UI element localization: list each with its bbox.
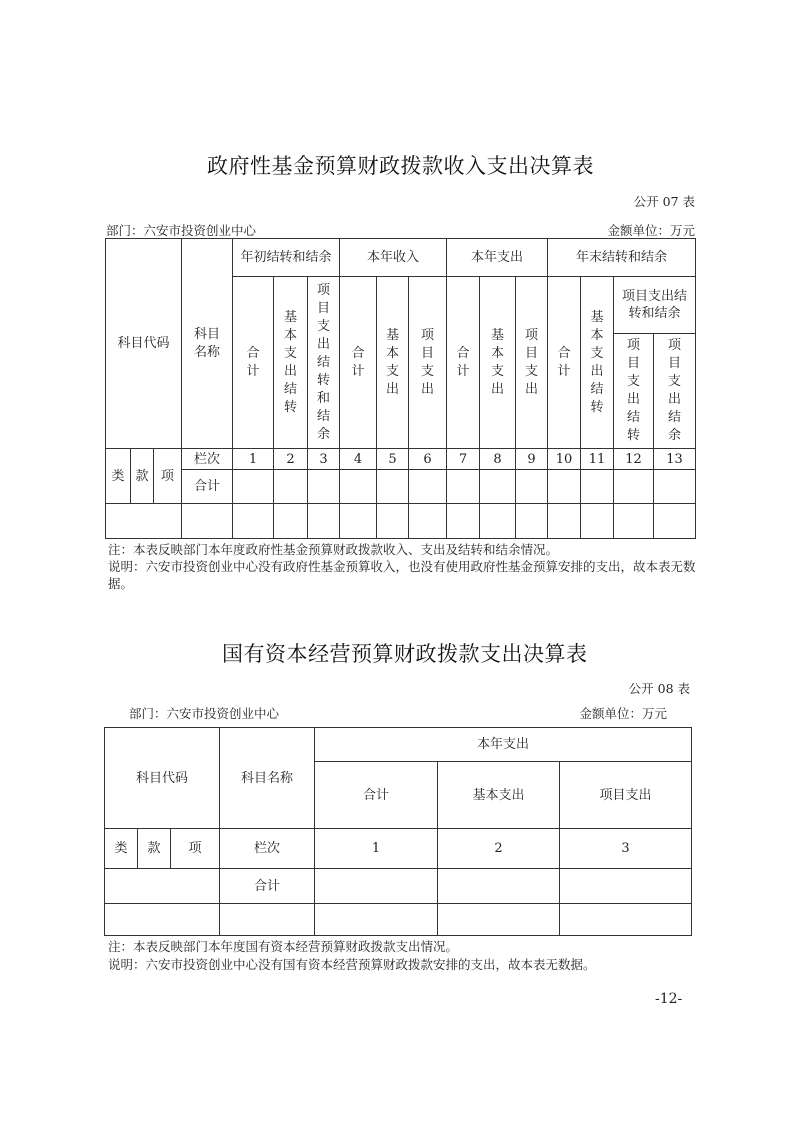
empty-cell (274, 470, 308, 504)
empty-cell (105, 904, 220, 936)
item-header: 项 (154, 449, 182, 504)
table2-header-row-1: 科目代码 科目名称 本年支出 (105, 728, 692, 762)
empty-cell (105, 869, 220, 904)
empty-cell (614, 504, 654, 539)
end-project-balance-header: 项目支出结余 (654, 334, 696, 449)
col-num: 1 (315, 829, 438, 869)
empty-cell (315, 904, 438, 936)
empty-cell (106, 504, 182, 539)
class-header: 类 (106, 449, 131, 504)
col-num: 2 (274, 449, 308, 470)
empty-cell (480, 504, 516, 539)
empty-cell (560, 869, 692, 904)
group-expense-header: 本年支出 (447, 239, 548, 277)
table1-note: 注：本表反映部门本年度政府性基金预算财政拨款收入、支出及结转和结余情况。 (108, 541, 698, 558)
empty-cell (654, 470, 696, 504)
table2-blank-row (105, 904, 692, 936)
table1-number: 公开 07 表 (634, 192, 695, 210)
col-num: 3 (308, 449, 340, 470)
table1-unit: 金额单位：万元 (607, 221, 695, 239)
empty-cell (581, 504, 614, 539)
empty-cell (581, 470, 614, 504)
empty-cell (409, 470, 447, 504)
table2-unit: 金额单位：万元 (579, 704, 667, 722)
table1-blank-row (106, 504, 696, 539)
col-num: 11 (581, 449, 614, 470)
begin-project-carry-balance-header: 项目支出结转和结余 (308, 277, 340, 449)
empty-cell (654, 504, 696, 539)
empty-cell (340, 470, 377, 504)
sum-row-label: 合计 (182, 470, 233, 504)
table2-number: 公开 08 表 (629, 679, 690, 697)
group-expense-header: 本年支出 (315, 728, 692, 762)
col-num: 3 (560, 829, 692, 869)
empty-cell (377, 504, 409, 539)
project-expense-header: 项目支出 (560, 762, 692, 829)
col-num: 12 (614, 449, 654, 470)
empty-cell (447, 470, 480, 504)
col-num: 13 (654, 449, 696, 470)
empty-cell (340, 504, 377, 539)
empty-cell (233, 470, 274, 504)
subject-name-header: 科目名称 (182, 239, 233, 449)
column-index-label: 栏次 (182, 449, 233, 470)
subject-name-header: 科目名称 (220, 728, 315, 829)
begin-basic-carry-header: 基本支出结转 (274, 277, 308, 449)
empty-cell (480, 470, 516, 504)
sum-row-label: 合计 (220, 869, 315, 904)
subject-code-header: 科目代码 (106, 239, 182, 449)
empty-cell (548, 470, 581, 504)
group-income-header: 本年收入 (340, 239, 447, 277)
empty-cell (438, 869, 560, 904)
table1-grid: 科目代码 科目名称 年初结转和结余 本年收入 本年支出 年末结转和结余 合计 基… (105, 238, 696, 539)
col-num: 2 (438, 829, 560, 869)
item-header: 项 (171, 829, 220, 869)
empty-cell (560, 904, 692, 936)
empty-cell (315, 869, 438, 904)
col-num: 9 (516, 449, 548, 470)
table1-column-index-row: 类 款 项 栏次 1 2 3 4 5 6 7 8 9 10 11 12 13 (106, 449, 696, 470)
table2-note: 注：本表反映部门本年度国有资本经营预算财政拨款支出情况。 (108, 938, 698, 955)
expense-basic-header: 基本支出 (480, 277, 516, 449)
basic-expense-header: 基本支出 (438, 762, 560, 829)
empty-cell (548, 504, 581, 539)
col-num: 6 (409, 449, 447, 470)
class-header: 类 (105, 829, 138, 869)
col-num: 4 (340, 449, 377, 470)
expense-total-header: 合计 (447, 277, 480, 449)
table2-sum-row: 合计 (105, 869, 692, 904)
table1-header-row-1: 科目代码 科目名称 年初结转和结余 本年收入 本年支出 年末结转和结余 (106, 239, 696, 277)
empty-cell (516, 504, 548, 539)
end-project-carry-header: 项目支出结转 (614, 334, 654, 449)
total-header: 合计 (315, 762, 438, 829)
table1-department: 部门：六安市投资创业中心 (106, 221, 256, 239)
page-number: -12- (655, 991, 682, 1007)
empty-cell (274, 504, 308, 539)
end-basic-carry-header: 基本支出结转 (581, 277, 614, 449)
empty-cell (308, 470, 340, 504)
empty-cell (233, 504, 274, 539)
section-header: 款 (131, 449, 154, 504)
income-project-header: 项目支出 (409, 277, 447, 449)
col-num: 8 (480, 449, 516, 470)
section-header: 款 (138, 829, 171, 869)
table2-grid: 科目代码 科目名称 本年支出 合计 基本支出 项目支出 类 款 项 栏次 1 2… (104, 727, 692, 936)
col-num: 10 (548, 449, 581, 470)
empty-cell (308, 504, 340, 539)
table2-column-index-row: 类 款 项 栏次 1 2 3 (105, 829, 692, 869)
empty-cell (409, 504, 447, 539)
table1-sum-row: 合计 (106, 470, 696, 504)
empty-cell (377, 470, 409, 504)
table2-title: 国有资本经营预算财政拨款支出决算表 (222, 638, 588, 668)
table1-explanation: 说明：六安市投资创业中心没有政府性基金预算收入，也没有使用政府性基金预算安排的支… (108, 558, 698, 592)
table2-department: 部门：六安市投资创业中心 (129, 704, 279, 722)
table2-explanation: 说明：六安市投资创业中心没有国有资本经营预算财政拨款安排的支出，故本表无数据。 (108, 956, 708, 973)
col-num: 1 (233, 449, 274, 470)
empty-cell (220, 904, 315, 936)
income-basic-header: 基本支出 (377, 277, 409, 449)
begin-total-header: 合计 (233, 277, 274, 449)
col-num: 5 (377, 449, 409, 470)
end-total-header: 合计 (548, 277, 581, 449)
empty-cell (438, 904, 560, 936)
end-project-subgroup-header: 项目支出结转和结余 (614, 277, 696, 334)
empty-cell (182, 504, 233, 539)
group-end-header: 年末结转和结余 (548, 239, 696, 277)
expense-project-header: 项目支出 (516, 277, 548, 449)
table1-title: 政府性基金预算财政拨款收入支出决算表 (207, 150, 594, 180)
subject-code-header: 科目代码 (105, 728, 220, 829)
income-total-header: 合计 (340, 277, 377, 449)
column-index-label: 栏次 (220, 829, 315, 869)
empty-cell (614, 470, 654, 504)
empty-cell (447, 504, 480, 539)
empty-cell (516, 470, 548, 504)
col-num: 7 (447, 449, 480, 470)
group-begin-header: 年初结转和结余 (233, 239, 340, 277)
